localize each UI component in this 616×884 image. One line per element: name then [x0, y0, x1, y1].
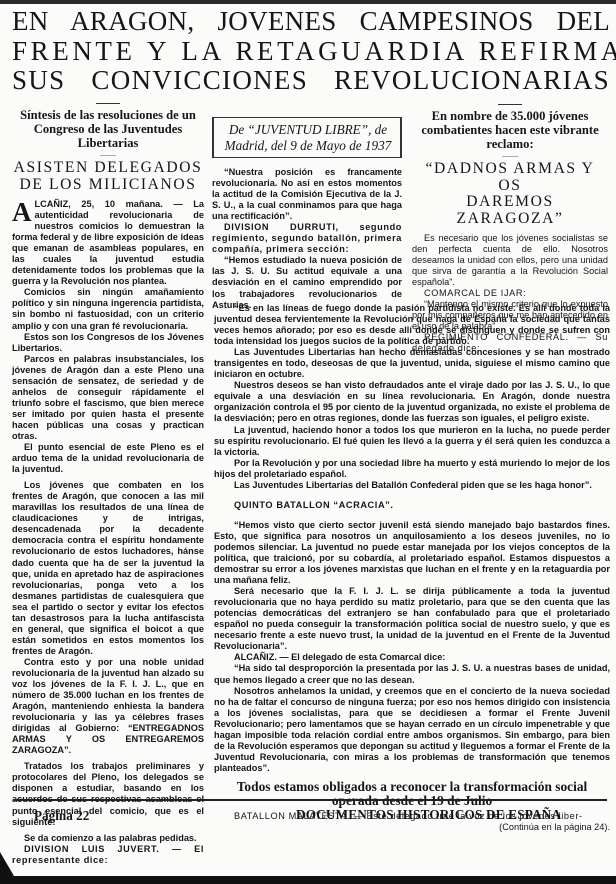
- paragraph: La juventud, haciendo honor a todos los …: [214, 425, 610, 458]
- middle-column: De “JUVENTUD LIBRE”, de Madrid, del 9 de…: [212, 113, 402, 311]
- section-subtitle: Todos estamos obligados a reconocer la t…: [214, 780, 610, 809]
- left-section-title: ASISTEN DELEGADOS DE LOS MILICIANOS: [12, 160, 204, 193]
- paragraph: Las Juventudes Libertarias del Batallón …: [214, 480, 610, 491]
- paragraph: “Es en las líneas de fuego donde la pasi…: [214, 303, 610, 347]
- headline-line-2: FRENTE Y LA RETAGUARDIA REFIRMAN: [12, 37, 610, 67]
- paragraph: DIVISION LUIS JUVERT. — El representante…: [12, 844, 204, 866]
- paragraph: ALCAÑIZ. — El delegado de esta Comarcal …: [214, 652, 610, 663]
- right-subhead: En nombre de 35.000 jóvenes combatientes…: [412, 109, 608, 151]
- source-box: De “JUVENTUD LIBRE”, de Madrid, del 9 de…: [212, 117, 402, 158]
- left-subhead: Síntesis de las resoluciones de un Congr…: [12, 108, 204, 150]
- column-divider: [498, 104, 522, 105]
- title-line: DAREMOS ZARAGOZA”: [412, 194, 608, 227]
- paragraph: ALCAÑIZ, 25, 10 mañana. — La autenticida…: [12, 199, 204, 287]
- paragraph-text: LCAÑIZ, 25, 10 mañana. — La autenticidad…: [12, 199, 204, 286]
- paragraph: “Ha sido tal desproporción la presentada…: [214, 663, 610, 685]
- drop-cap: A: [12, 201, 32, 223]
- wide-section: “Es en las líneas de fuego donde la pasi…: [214, 303, 610, 833]
- headline-line-1: EN ARAGON, JOVENES CAMPESINOS DEL: [12, 7, 610, 37]
- paragraph: Parcos en palabras insubstanciales, los …: [12, 354, 204, 442]
- paragraph: Los jóvenes que combaten en los frentes …: [12, 480, 204, 657]
- paragraph: Por la Revolución y por una sociedad lib…: [214, 458, 610, 480]
- footer-rule: [14, 799, 607, 801]
- paragraph: COMARCAL DE IJAR:: [412, 288, 608, 299]
- newspaper-page: EN ARAGON, JOVENES CAMPESINOS DEL FRENTE…: [0, 0, 616, 884]
- paragraph: Comicios sin ningún amañamiento político…: [12, 287, 204, 331]
- paragraph: Estos son los Congresos de los Jóvenes L…: [12, 332, 204, 354]
- paragraph: “Nuestra posición es francamente revoluc…: [212, 167, 402, 222]
- title-line: ASISTEN DELEGADOS: [12, 160, 204, 177]
- headline-line-3: SUS CONVICCIONES REVOLUCIONARIAS: [12, 66, 610, 96]
- paragraph: Las Juventudes Libertarias han hecho dem…: [214, 347, 610, 380]
- paragraph: Es necesario que los jóvenes socialistas…: [412, 233, 608, 288]
- title-line: DE LOS MILICIANOS: [12, 177, 204, 194]
- left-column: Síntesis de las resoluciones de un Congr…: [12, 103, 204, 866]
- column-divider: [100, 155, 116, 156]
- top-edge-shadow: [0, 0, 616, 4]
- paragraph: Se da comienzo a las palabras pedidas.: [12, 833, 204, 844]
- publication-name: DOCUMENTOS HISTORICOS DE ESPAÑA: [296, 807, 561, 823]
- scan-corner-shadow: [0, 852, 14, 876]
- headline: EN ARAGON, JOVENES CAMPESINOS DEL FRENTE…: [12, 7, 610, 96]
- title-line: “DADNOS ARMAS Y OS: [412, 161, 608, 194]
- continued-note: (Continúa en la página 24).: [214, 822, 610, 833]
- paragraph: DIVISION DURRUTI, segundo regimiento, se…: [212, 222, 402, 255]
- paragraph: Será necesario que la F. I. J. L. se dir…: [214, 586, 610, 652]
- paragraph: “Hemos visto que cierto sector juvenil e…: [214, 520, 610, 586]
- page-number: Página 22: [34, 808, 89, 824]
- paragraph: Nosotros anhelamos la unidad, y creemos …: [214, 686, 610, 774]
- right-section-title: “DADNOS ARMAS Y OS DAREMOS ZARAGOZA”: [412, 161, 608, 227]
- bottom-edge-shadow: [0, 876, 616, 884]
- paragraph: Nuestros deseos se han visto defraudados…: [214, 380, 610, 424]
- paragraph: Contra esto y por una noble unidad revol…: [12, 657, 204, 756]
- paragraph: El punto esencial de este Pleno es el ar…: [12, 442, 204, 475]
- column-divider: [502, 156, 518, 157]
- section-heading: QUINTO BATALLON “ACRACIA”.: [214, 500, 610, 511]
- column-divider: [96, 103, 120, 104]
